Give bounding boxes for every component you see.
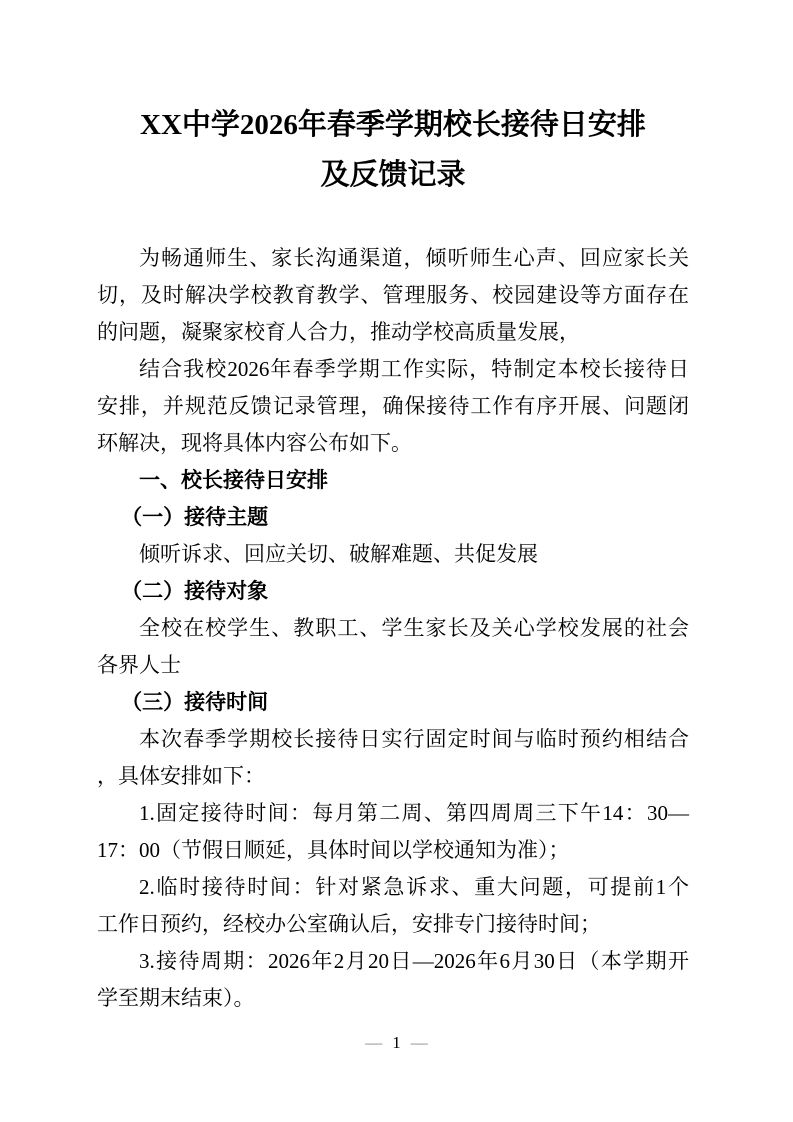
document-line: 切，及时解决学校教育教学、管理服务、校园建设等方面存在 <box>97 277 689 314</box>
paragraph-theme: 倾听诉求、回应关切、破解难题、共促发展 <box>97 536 689 573</box>
paragraph-schedule-intro: 本次春季学期校长接待日实行固定时间与临时预约相结合 ，具体安排如下： <box>97 721 689 795</box>
subsection-heading-line: （一）接待主题 <box>97 499 689 536</box>
section-heading-1: 一、校长接待日安排 <box>97 462 689 499</box>
document-line: 17：00（节假日顺延，具体时间以学校通知为准）； <box>97 832 689 869</box>
footer-dash-left: — <box>359 1033 388 1052</box>
numbered-item-1: 1.固定接待时间：每月第二周、第四周周三下午14：30— 17：00（节假日顺延… <box>97 795 689 869</box>
numbered-item-3: 3.接待周期：2026年2月20日—2026年6月30日（本学期开 学至期末结束… <box>97 943 689 1017</box>
document-line: 全校在校学生、教职工、学生家长及关心学校发展的社会 <box>97 610 689 647</box>
section-heading-line: 一、校长接待日安排 <box>97 462 689 499</box>
page-number-footer: —1— <box>0 1032 793 1054</box>
document-line: 结合我校2026年春季学期工作实际，特制定本校长接待日 <box>97 351 689 388</box>
document-body: 为畅通师生、家长沟通渠道，倾听师生心声、回应家长关 切，及时解决学校教育教学、管… <box>97 240 689 1017</box>
paragraph-intro-2: 结合我校2026年春季学期工作实际，特制定本校长接待日 安排，并规范反馈记录管理… <box>97 351 689 462</box>
page-number: 1 <box>388 1033 405 1052</box>
document-line: 为畅通师生、家长沟通渠道，倾听师生心声、回应家长关 <box>97 240 689 277</box>
paragraph-intro-1: 为畅通师生、家长沟通渠道，倾听师生心声、回应家长关 切，及时解决学校教育教学、管… <box>97 240 689 351</box>
document-line: 工作日预约，经校办公室确认后，安排专门接待时间； <box>97 906 689 943</box>
document-title: XX中学2026年春季学期校长接待日安排 及反馈记录 <box>97 100 689 200</box>
document-line: 学至期末结束）。 <box>97 980 689 1017</box>
subsection-heading-1: （一）接待主题 <box>97 499 689 536</box>
document-line: 1.固定接待时间：每月第二周、第四周周三下午14：30— <box>97 795 689 832</box>
document-line: 安排，并规范反馈记录管理，确保接待工作有序开展、问题闭 <box>97 388 689 425</box>
subsection-heading-2: （二）接待对象 <box>97 573 689 610</box>
document-line: 倾听诉求、回应关切、破解难题、共促发展 <box>97 536 689 573</box>
title-line: XX中学2026年春季学期校长接待日安排 <box>97 100 689 150</box>
subsection-heading-3: （三）接待时间 <box>97 684 689 721</box>
document-line: 的问题，凝聚家校育人合力，推动学校高质量发展， <box>97 314 689 351</box>
document-content: XX中学2026年春季学期校长接待日安排 及反馈记录 为畅通师生、家长沟通渠道，… <box>97 0 689 1017</box>
document-line: 2.临时接待时间：针对紧急诉求、重大问题，可提前1个 <box>97 869 689 906</box>
document-page: XX中学2026年春季学期校长接待日安排 及反馈记录 为畅通师生、家长沟通渠道，… <box>0 0 793 1122</box>
title-line: 及反馈记录 <box>97 150 689 200</box>
document-line: ，具体安排如下： <box>97 758 689 795</box>
numbered-item-2: 2.临时接待时间：针对紧急诉求、重大问题，可提前1个 工作日预约，经校办公室确认… <box>97 869 689 943</box>
paragraph-audience: 全校在校学生、教职工、学生家长及关心学校发展的社会 各界人士 <box>97 610 689 684</box>
subsection-heading-line: （三）接待时间 <box>97 684 689 721</box>
footer-dash-right: — <box>405 1033 434 1052</box>
subsection-heading-line: （二）接待对象 <box>97 573 689 610</box>
document-line: 环解决，现将具体内容公布如下。 <box>97 425 689 462</box>
document-line: 各界人士 <box>97 647 689 684</box>
document-line: 本次春季学期校长接待日实行固定时间与临时预约相结合 <box>97 721 689 758</box>
document-line: 3.接待周期：2026年2月20日—2026年6月30日（本学期开 <box>97 943 689 980</box>
